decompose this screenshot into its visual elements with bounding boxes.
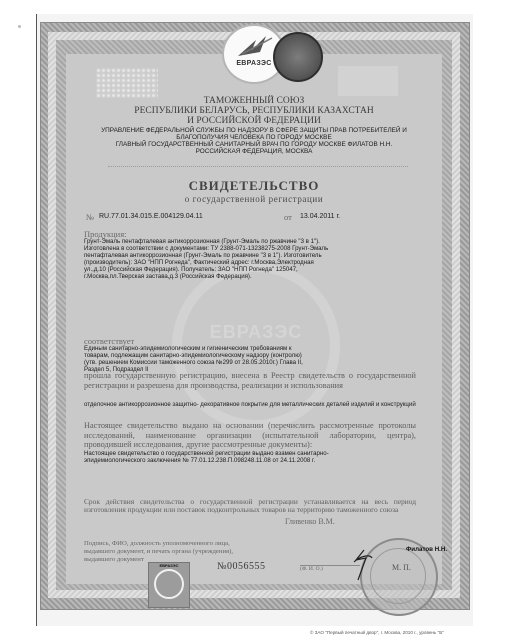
basis-text: Настоящее свидетельство выдано на основа… [84, 421, 416, 450]
guilloche-pattern-left [96, 68, 158, 98]
signer-name: Филатов Н.Н. [406, 546, 447, 553]
dotted-divider [108, 166, 408, 167]
number-label: № [86, 212, 94, 222]
compliance-text: Единым санитарно-эпидемиологическим и ги… [84, 345, 312, 373]
certificate-subtitle: о государственной регистрации [66, 194, 442, 204]
authority-line-4: РОССИЙСКАЯ ФЕДЕРАЦИЯ, МОСКВА [66, 148, 442, 156]
hologram-emblem-icon [154, 569, 184, 599]
seal-caption: М. П. [392, 563, 411, 572]
date-label: от [284, 212, 292, 222]
product-description: Грунт-Эмаль пентафталевая антикоррозионн… [84, 238, 330, 281]
certificate-date: 13.04.2011 г. [300, 213, 340, 220]
watermark-label: ЕВРАЗЭС [196, 322, 316, 343]
initials-caption: (Ф. И. О.) [300, 566, 323, 572]
registration-usage: отделочное антикоррозионное защитно- дек… [84, 401, 416, 408]
registration-text: прошла государственную регистрацию, внес… [84, 371, 416, 390]
printer-imprint: © ЗАО "Первый печатный двор", г. Москва,… [310, 630, 444, 635]
hologram-sticker: ЕВРАЗЭС [148, 562, 190, 608]
guilloche-pattern-right [338, 66, 398, 96]
validity-text: Срок действия свидетельства о государств… [84, 498, 416, 514]
certificate-title: СВИДЕТЕЛЬСТВО [66, 178, 442, 194]
basis-value: Настоящее свидетельство о государственно… [84, 450, 344, 464]
signature-caption: Подпись, ФИО, должность уполномоченного … [84, 540, 234, 563]
handwritten-name: Гливенко В.М. [285, 517, 335, 526]
certificate-number: RU.77.01.34.015.Е.004129.04.11 [99, 213, 203, 220]
hologram-label: ЕВРАЗЭС [153, 563, 185, 568]
union-title-line-3: И РОССИЙСКОЙ ФЕДЕРАЦИИ [66, 116, 442, 127]
scan-speck [18, 25, 21, 28]
state-emblem-seal-icon [273, 32, 323, 82]
blank-number: №0056555 [217, 561, 266, 572]
eurasec-swoosh-icon [236, 34, 274, 58]
